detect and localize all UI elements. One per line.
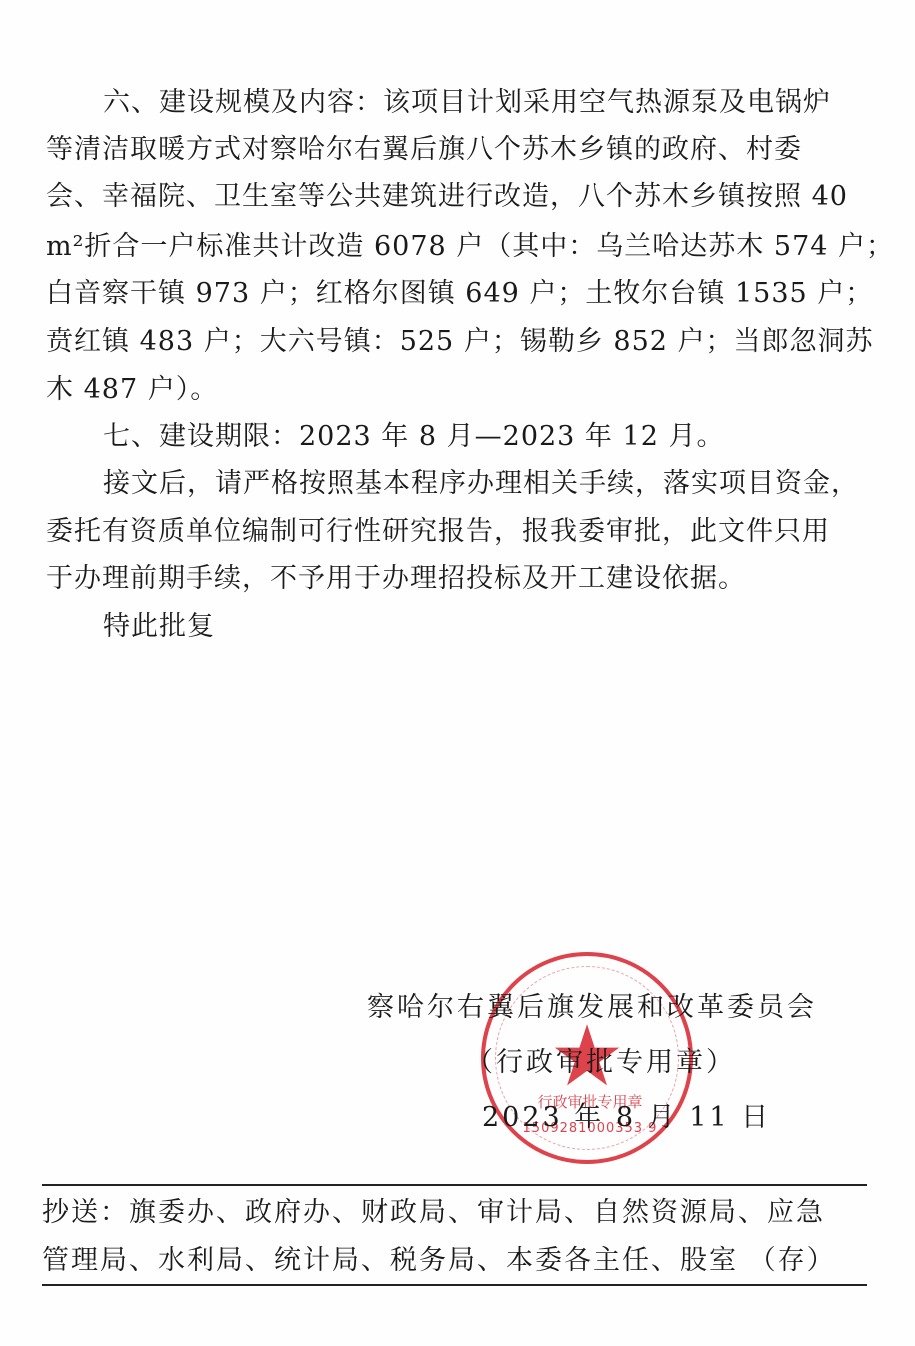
signature-seal-note: （行政审批专用章） — [466, 1040, 736, 1079]
body-line-4: m²折合一户标准共计改造 6078 户（其中：乌兰哈达苏木 574 户； — [46, 230, 894, 264]
cc-bottom-rule — [42, 1284, 867, 1286]
body-line-1: 六、建设规模及内容：该项目计划采用空气热源泵及电锅炉 — [103, 86, 831, 120]
body-line-12: 特此批复 — [103, 610, 215, 644]
body-line-10: 委托有资质单位编制可行性研究报告，报我委审批，此文件只用 — [46, 515, 830, 549]
cc-top-rule — [42, 1184, 867, 1186]
body-line-9: 接文后，请严格按照基本程序办理相关手续，落实项目资金， — [103, 467, 859, 501]
body-line-5: 白音察干镇 973 户；红格尔图镇 649 户；土牧尔台镇 1535 户； — [46, 277, 873, 311]
cc-line-1: 抄送：旗委办、政府办、财政局、审计局、自然资源局、应急 — [42, 1196, 825, 1230]
body-line-3: 会、幸福院、卫生室等公共建筑进行改造，八个苏木乡镇按照 40 — [46, 180, 848, 214]
body-line-7: 木 487 户）。 — [46, 373, 218, 407]
body-line-11: 于办理前期手续，不予用于办理招投标及开工建设依据。 — [46, 562, 746, 596]
signature-organization: 察哈尔右翼后旗发展和改革委员会 — [367, 985, 817, 1024]
body-line-2: 等清洁取暖方式对察哈尔右翼后旗八个苏木乡镇的政府、村委 — [46, 133, 802, 167]
body-line-6: 贲红镇 483 户；大六号镇：525 户；锡勒乡 852 户；当郎忽洞苏 — [46, 325, 874, 359]
cc-line-2: 管理局、水利局、统计局、税务局、本委各主任、股室 （存） — [42, 1244, 836, 1278]
signature-date: 2023 年 8 月 11 日 — [482, 1095, 771, 1134]
body-line-8: 七、建设期限：2023 年 8 月—2023 年 12 月。 — [103, 420, 724, 454]
